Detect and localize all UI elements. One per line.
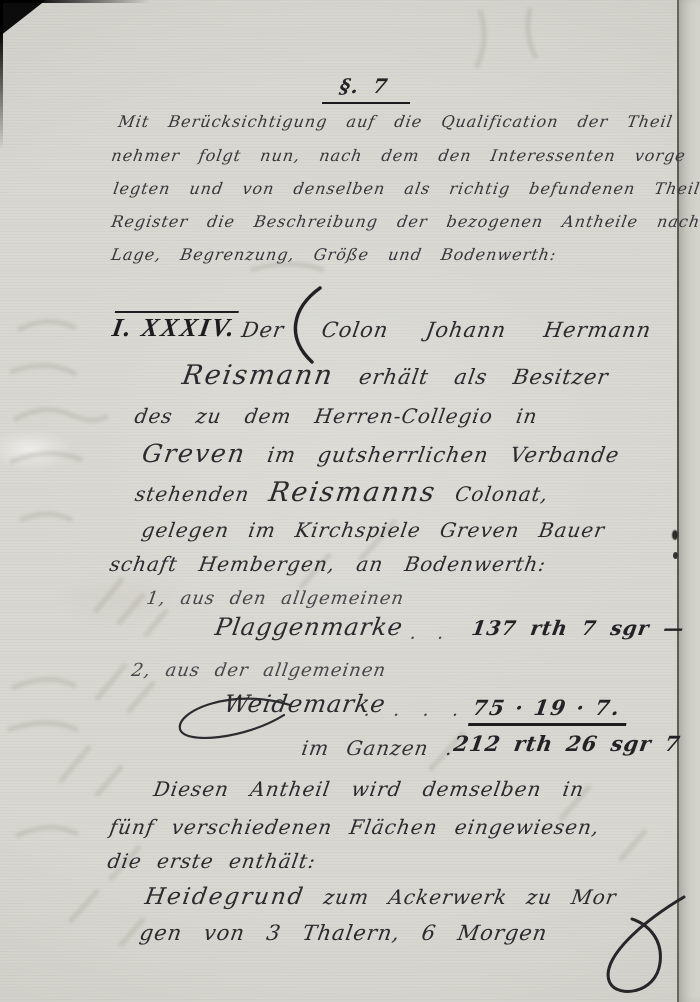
entry-line: gelegen im Kirchspiele Greven Bauer: [140, 518, 607, 542]
entry-line-text: stehenden: [133, 482, 251, 506]
entry-line: schaft Hembergen, an Bodenwerth:: [108, 552, 548, 576]
scan-top-edge: [0, 0, 150, 3]
list-item-intro: 2, aus der allgemeinen: [130, 660, 388, 681]
entry-number: I. XXXIV.: [110, 313, 239, 343]
scan-left-edge: [0, 0, 3, 150]
ink-spot: [673, 552, 678, 559]
owner-name: Reismann: [180, 360, 336, 391]
intro-line: nehmer folgt nun, nach dem den Interesse…: [110, 146, 687, 165]
total-amount: 212 rth 26 sgr 7: [452, 731, 682, 756]
dot-leader: · ·: [408, 628, 452, 649]
list-item-intro: 1, aus den allgemeinen: [145, 588, 406, 609]
dot-leader: · · · ·: [362, 705, 468, 726]
amount-value: 137 rth 7 sgr —: [470, 616, 686, 640]
amount-label: Plaggenmarke: [213, 613, 405, 641]
place-name: Greven: [140, 439, 248, 468]
scanned-manuscript-page: §. 7 Mit Berücksichtigung auf die Qualif…: [0, 0, 700, 1002]
entry-line: fünf verschiedenen Flächen eingewiesen,: [108, 815, 601, 839]
land-type-name: Heidegrund: [143, 884, 307, 910]
section-mark: §. 7: [338, 74, 390, 98]
entry-line: stehenden Reismanns Colonat,: [133, 477, 551, 508]
amount-value-underlined: 75 · 19 · 7.: [468, 695, 631, 726]
intro-line: Lage, Begrenzung, Größe und Bodenwerth:: [110, 245, 558, 264]
farm-name: Reismanns: [267, 477, 439, 508]
intro-line: Mit Berücksichtigung auf die Qualificati…: [117, 112, 674, 131]
total-label: im Ganzen .: [300, 736, 455, 760]
entry-line: Heidegrund zum Ackerwerk zu Mor: [143, 884, 619, 910]
entry-line-text: Colonat,: [453, 482, 550, 506]
entry-line: die erste enthält:: [106, 849, 318, 873]
scan-corner-artifact: [0, 0, 46, 36]
entry-line: Diesen Antheil wird demselben in: [152, 777, 586, 801]
intro-line: legten und von denselben als richtig bef…: [112, 179, 700, 198]
item-index: 2,: [130, 660, 153, 681]
ink-spot: [672, 530, 678, 540]
entry-line: Der Colon Johann Hermann: [240, 318, 653, 342]
item-text: aus den allgemeinen: [179, 588, 406, 609]
intro-line: Register die Beschreibung der bezogenen …: [110, 212, 700, 231]
entry-line: des zu dem Herren-Collegio in: [133, 404, 540, 428]
item-text: aus der allgemeinen: [164, 660, 388, 681]
entry-line: Reismann erhält als Besitzer: [180, 360, 611, 391]
entry-line-text: im gutsherrlichen Verbande: [266, 443, 622, 467]
entry-line: gen von 3 Thalern, 6 Morgen: [138, 921, 549, 945]
entry-line-text: zum Ackerwerk zu Mor: [322, 885, 619, 909]
item-index: 1,: [145, 588, 168, 609]
section-mark-underline: [322, 102, 410, 104]
entry-line: Greven im gutsherrlichen Verbande: [140, 439, 622, 468]
entry-line-text: erhält als Besitzer: [357, 365, 610, 389]
